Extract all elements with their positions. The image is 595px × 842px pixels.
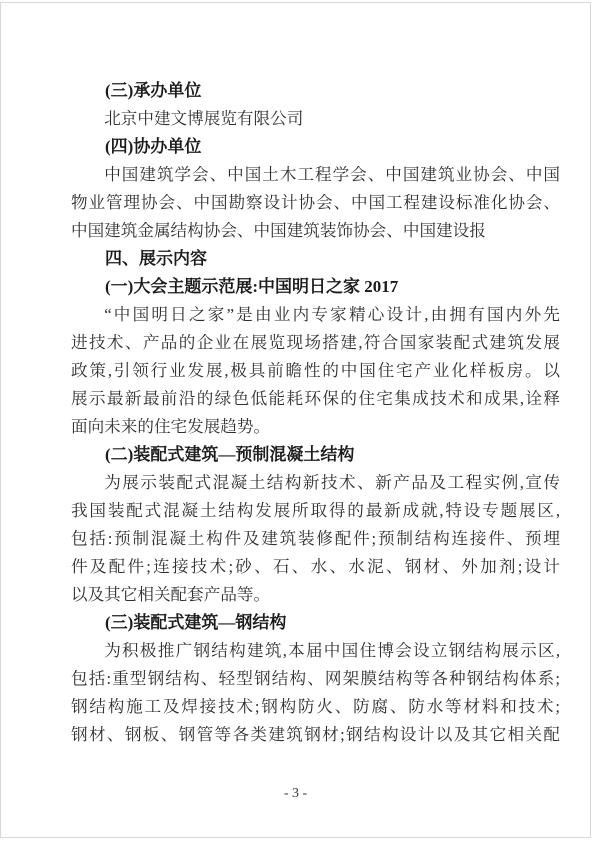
section-heading-coorganizer-unit: (四)协办单位 [71,133,560,161]
text-line: “中国明日之家”是由业内专家精心设计,由拥有国内外先 [71,301,560,329]
text-line: 展示最新最前沿的绿色低能耗环保的住宅集成技术和成果,诠释 [71,385,560,413]
text-line: 件及配件;连接技术;砂、石、水、水泥、钢材、外加剂;设计 [71,553,560,581]
text-line: 中国建筑金属结构协会、中国建筑装饰协会、中国建设报 [71,217,560,245]
text-line: 我国装配式混凝土结构发展所取得的最新成就,特设专题展区, [71,497,560,525]
text-line: 中国建筑学会、中国土木工程学会、中国建筑业协会、中国 [71,161,560,189]
text-line: 进技术、产品的企业在展览现场搭建,符合国家装配式建筑发展 [71,329,560,357]
text-line: 物业管理协会、中国勘察设计协会、中国工程建设标准化协会、 [71,189,560,217]
text-line: 为展示装配式混凝土结构新技术、新产品及工程实例,宣传 [71,469,560,497]
section-heading-precast-concrete: (二)装配式建筑—预制混凝土结构 [71,441,560,469]
section-heading-exhibit-content: 四、展示内容 [71,245,560,273]
section-heading-undertaking-unit: (三)承办单位 [71,77,560,105]
section-heading-theme-show: (一)大会主题示范展:中国明日之家 2017 [71,273,560,301]
document-page: (三)承办单位 北京中建文博展览有限公司 (四)协办单位 中国建筑学会、中国土木… [0,2,591,838]
text-line: 钢结构施工及焊接技术;钢构防火、防腐、防水等材料和技术; [71,693,560,721]
text-line: 包括:预制混凝土构件及建筑装修配件;预制结构连接件、预埋 [71,525,560,553]
text-line-company-name: 北京中建文博展览有限公司 [71,105,560,133]
text-line: 钢材、钢板、钢管等各类建筑钢材;钢结构设计以及其它相关配 [71,721,560,749]
text-line: 面向未来的住宅发展趋势。 [71,413,560,441]
document-body: (三)承办单位 北京中建文博展览有限公司 (四)协办单位 中国建筑学会、中国土木… [71,77,560,749]
page-number: - 3 - [1,780,590,808]
text-line: 包括:重型钢结构、轻型钢结构、网架膜结构等各种钢结构体系; [71,665,560,693]
text-line: 为积极推广钢结构建筑,本届中国住博会设立钢结构展示区, [71,637,560,665]
text-line: 政策,引领行业发展,极具前瞻性的中国住宅产业化样板房。以 [71,357,560,385]
text-line: 以及其它相关配套产品等。 [71,581,560,609]
section-heading-steel-structure: (三)装配式建筑—钢结构 [71,609,560,637]
